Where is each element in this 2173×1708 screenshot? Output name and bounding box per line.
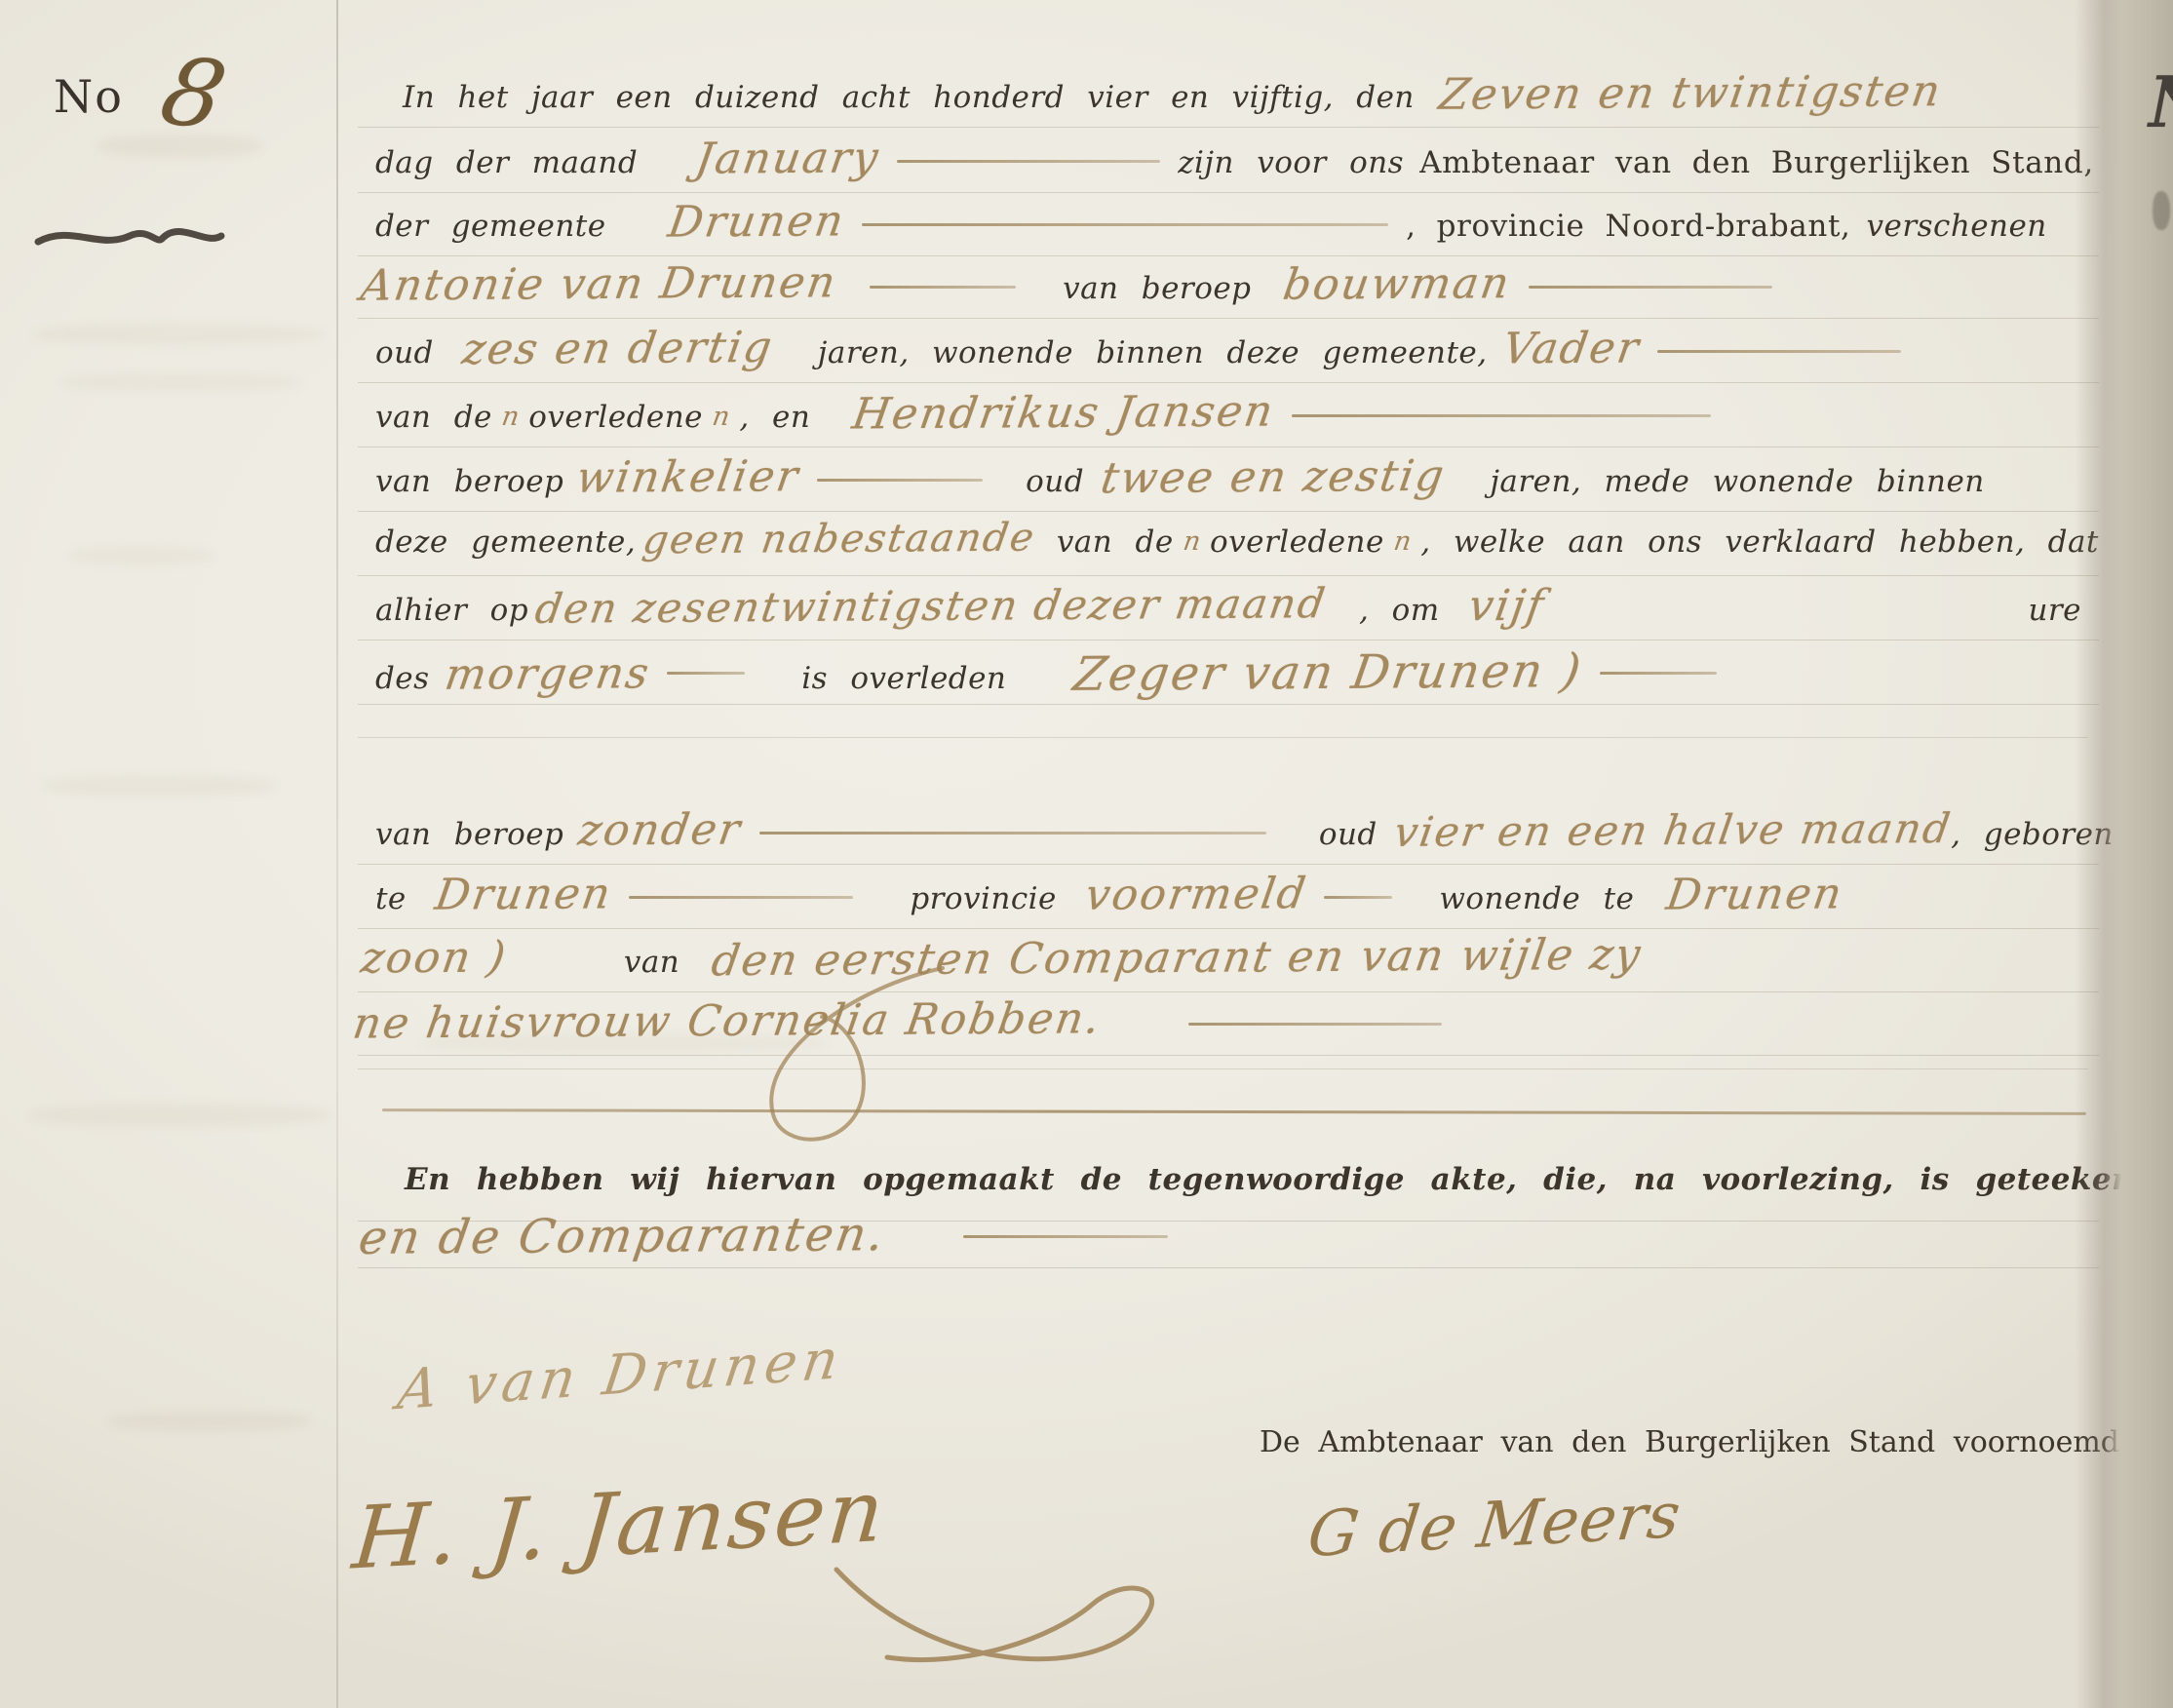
ink-bleed-mark — [68, 546, 214, 565]
handwritten-text: winkelier — [573, 451, 803, 503]
printed-text: oud — [375, 335, 434, 370]
record-line-12: te Drunen provincie voormeld wonende te … — [375, 870, 2091, 924]
printed-text: Ambtenaar van den Burgerlijken Stand, — [1419, 145, 2094, 180]
record-line-13: zoon ) van den eersten Comparant en van … — [375, 933, 2091, 988]
printed-text: dag der maand — [375, 145, 638, 180]
printed-text: oud — [1026, 464, 1084, 499]
signature-tail-flourish — [829, 1540, 1180, 1687]
handwritten-text: en de Comparanten. — [355, 1207, 889, 1265]
printed-text: ure — [2028, 593, 2081, 628]
handwritten-letter: n — [711, 402, 732, 432]
handwritten-text: bouwman — [1280, 258, 1514, 310]
printed-text: overledene — [1210, 524, 1384, 560]
handwritten-text: Vader — [1499, 324, 1644, 374]
printed-text: wonende te — [1439, 881, 1634, 916]
ink-dash — [1188, 1023, 1442, 1026]
record-line-10: des morgens is overleden Zeger van Drune… — [375, 645, 2091, 700]
ink-dash — [759, 832, 1266, 835]
handwritten-text: Drunen — [1663, 869, 1846, 919]
official-title: De Ambtenaar van den Burgerlijken Stand … — [1260, 1425, 2129, 1459]
handwritten-text: zonder — [575, 804, 745, 855]
printed-text: , om — [1359, 593, 1440, 628]
handwritten-text: vijf — [1465, 581, 1548, 632]
handwritten-text: morgens — [442, 648, 654, 699]
ink-bleed-mark — [29, 1104, 331, 1127]
handwritten-text: Antonie van Drunen — [358, 257, 840, 310]
ink-bleed-mark — [107, 1412, 312, 1431]
act-number-flourish-icon — [34, 216, 224, 257]
handwritten-text: twee en zestig — [1098, 451, 1449, 503]
ink-flourish — [717, 960, 989, 1165]
record-line-7: van beroep winkelier oud twee en zestig … — [375, 452, 2091, 507]
printed-text: van beroep — [375, 464, 563, 499]
ink-dash — [1529, 286, 1772, 289]
record-line-2: dag der maand January zijn voor ons Ambt… — [375, 134, 2091, 188]
ink-bleed-mark — [58, 372, 302, 392]
handwritten-letter: n — [1181, 526, 1202, 557]
record-line-4: Antonie van Drunen van beroep bouwman — [375, 259, 2091, 314]
handwritten-letter: n — [499, 402, 521, 432]
printed-text: deze gemeente, — [375, 524, 636, 560]
ink-dash — [870, 286, 1016, 289]
page-fold-line — [336, 0, 338, 1708]
handwritten-text: vier en een halve maand — [1391, 804, 1955, 856]
record-line-14: ne huisvrouw Cornelia Robben. — [375, 996, 2091, 1051]
ink-bleed-mark — [43, 775, 277, 796]
printed-text: In het jaar een duizend acht honderd vie… — [403, 80, 1415, 115]
printed-text: is overleden — [801, 661, 1006, 696]
handwritten-text: Drunen — [432, 869, 615, 919]
record-line-6: van de n overledene n , en Hendrikus Jan… — [375, 388, 2091, 443]
handwritten-text: voormeld — [1082, 869, 1310, 920]
ink-dash — [1600, 672, 1717, 675]
handwritten-text: January — [692, 133, 883, 183]
handwritten-text: Drunen — [665, 196, 848, 247]
printed-text: En hebben wij hiervan opgemaakt de tegen… — [405, 1162, 2173, 1197]
printed-text: van de — [375, 400, 492, 435]
ink-dash — [1324, 896, 1392, 899]
ink-bleed-mark — [2153, 191, 2170, 230]
blank-ruled-line — [358, 1068, 2088, 1069]
printed-text: des — [375, 661, 430, 696]
act-number-label: No — [54, 70, 124, 123]
handwritten-text: Zeger van Drunen ) — [1070, 643, 1587, 702]
handwritten-text: zes en dertig — [459, 323, 777, 374]
ink-dash — [817, 479, 983, 482]
printed-text: overledene — [528, 400, 703, 435]
record-line-9: alhier op den zesentwintigsten dezer maa… — [375, 581, 2091, 636]
ink-dash — [897, 160, 1160, 163]
handwritten-text: Zeven en twintigsten — [1436, 66, 1946, 120]
printed-text: van beroep — [1063, 271, 1251, 306]
record-line-5: oud zes en dertig jaren, wonende binnen … — [375, 324, 2091, 378]
ink-bleed-mark — [33, 324, 326, 345]
printed-text: , provincie Noord-brabant, — [1406, 209, 1850, 244]
ink-dash — [1292, 414, 1711, 417]
ink-dash — [1657, 350, 1901, 353]
printed-text: verschenen — [1867, 209, 2047, 244]
printed-text: te — [375, 881, 407, 916]
printed-text: oud — [1319, 817, 1378, 852]
record-line-8: deze gemeente, geen nabestaande van de n… — [375, 517, 2091, 571]
printed-text: , welke aan ons verklaard hebben, dat — [1420, 524, 2099, 560]
printed-text: van — [624, 945, 679, 980]
ink-dash — [862, 223, 1388, 226]
printed-text: zijn voor ons — [1178, 145, 1404, 180]
printed-text: jaren, wonende binnen deze gemeente, — [818, 335, 1488, 370]
closing-handwritten-line: en de Comparanten. — [375, 1209, 2091, 1263]
printed-text: jaren, mede wonende binnen — [1490, 464, 1984, 499]
adjacent-page-edge — [2075, 0, 2173, 1708]
printed-text: provincie — [910, 881, 1057, 916]
blank-ruled-line — [358, 737, 2088, 738]
handwritten-text: Hendrikus Jansen — [849, 386, 1278, 439]
handwritten-text: den zesentwintigsten dezer maand — [532, 579, 1330, 633]
ink-dash — [629, 896, 853, 899]
ink-dash — [963, 1235, 1168, 1238]
adjacent-page-text-fragment: N — [2149, 60, 2173, 143]
handwritten-letter: n — [1391, 526, 1413, 557]
record-line-11: van beroep zonder oud vier en een halve … — [375, 805, 2091, 860]
record-line-1: In het jaar een duizend acht honderd vie… — [375, 68, 2091, 123]
scanned-register-page: { "act": { "no_label": "No", "number": "… — [0, 0, 2173, 1708]
printed-text: der gemeente — [375, 209, 606, 244]
handwritten-text: geen nabestaande — [640, 516, 1038, 563]
ink-dash — [667, 672, 745, 675]
handwritten-text: zoon ) — [358, 932, 511, 983]
printed-text: van beroep — [375, 817, 563, 852]
record-line-3: der gemeente Drunen , provincie Noord-br… — [375, 197, 2091, 252]
printed-text: van de — [1057, 524, 1174, 560]
printed-text: , en — [739, 400, 810, 435]
printed-text: alhier op — [375, 593, 528, 628]
